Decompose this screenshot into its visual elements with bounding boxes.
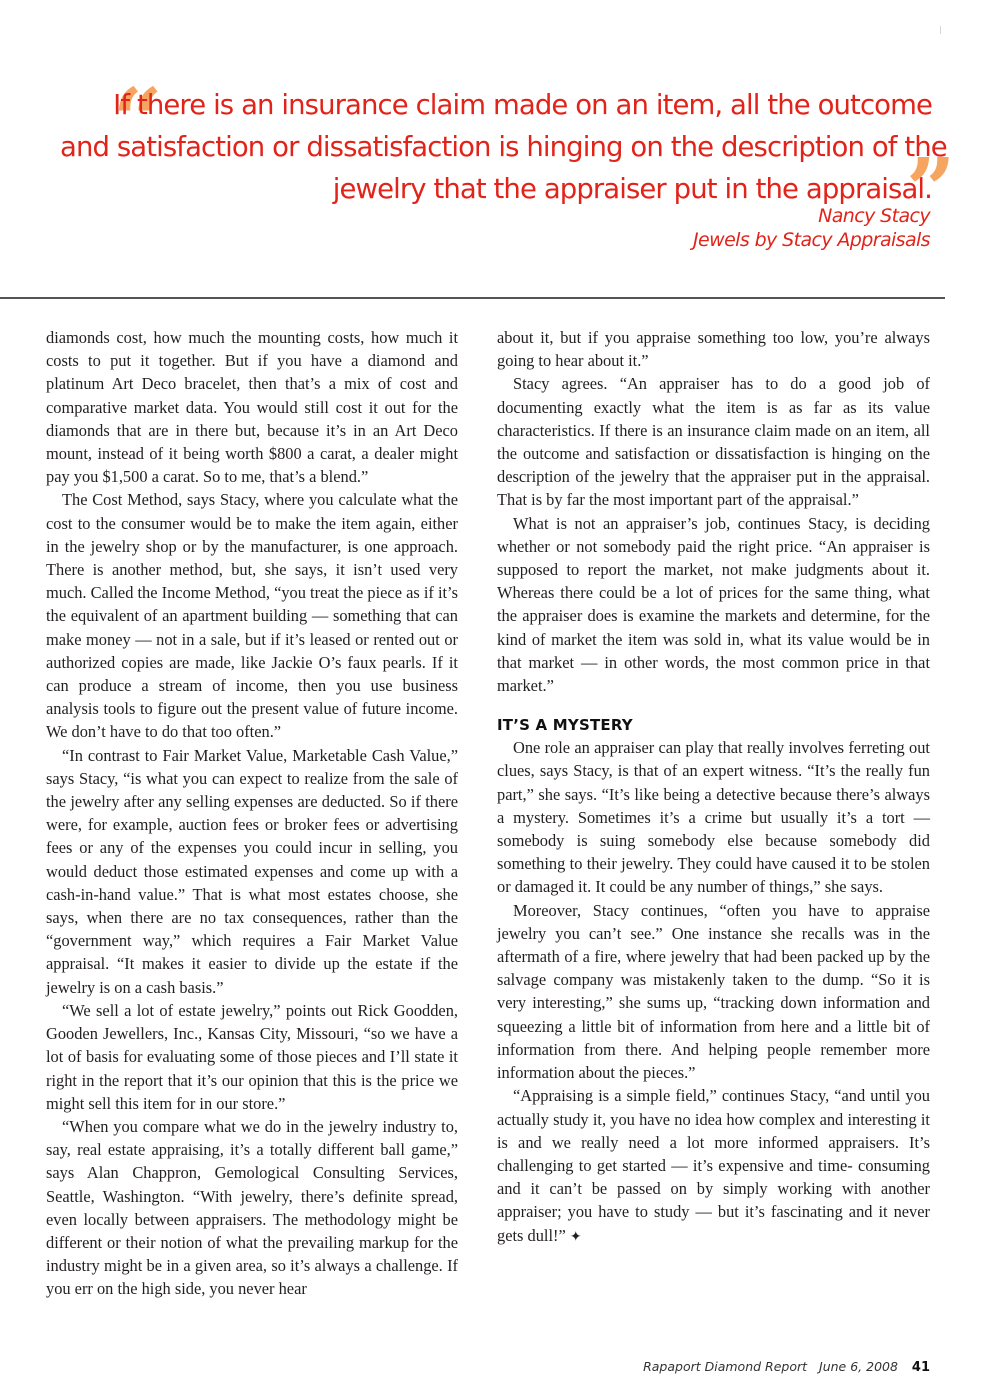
paragraph: One role an appraiser can play that real… [497,736,930,898]
paragraph: Moreover, Stacy continues, “often you ha… [497,899,930,1085]
pull-quote-line-1: If there is an insurance claim made on a… [60,84,932,126]
scan-mark [940,26,945,34]
article-column-left: diamonds cost, how much the mounting cos… [46,326,458,1301]
paragraph: diamonds cost, how much the mounting cos… [46,326,458,488]
paragraph: What is not an appraiser’s job, continue… [497,512,930,698]
attribution-name: Nancy Stacy [693,204,930,228]
attribution-company: Jewels by Stacy Appraisals [693,228,930,252]
paragraph-final-text: “Appraising is a simple field,” continue… [497,1086,930,1244]
pull-quote: If there is an insurance claim made on a… [60,84,932,210]
section-divider [0,297,945,299]
pull-quote-attribution: Nancy Stacy Jewels by Stacy Appraisals [693,204,930,252]
paragraph: “We sell a lot of estate jewelry,” point… [46,999,458,1115]
page-footer: Rapaport Diamond Report June 6, 2008 41 [643,1359,930,1375]
issue-date: June 6, 2008 [819,1359,898,1374]
end-of-article-icon: ✦ [570,1229,582,1245]
article-column-right: about it, but if you appraise something … [497,326,930,1249]
paragraph: “In contrast to Fair Market Value, Marke… [46,744,458,999]
page-number: 41 [912,1360,930,1375]
paragraph: “When you compare what we do in the jewe… [46,1115,458,1301]
pull-quote-line-2: and satisfaction or dissatisfaction is h… [60,126,932,168]
paragraph: Stacy agrees. “An appraiser has to do a … [497,372,930,511]
publication-name: Rapaport Diamond Report [643,1359,807,1374]
paragraph: The Cost Method, says Stacy, where you c… [46,488,458,743]
paragraph: about it, but if you appraise something … [497,326,930,372]
section-subhead: IT’S A MYSTERY [497,714,930,736]
paragraph-final: “Appraising is a simple field,” continue… [497,1084,930,1248]
